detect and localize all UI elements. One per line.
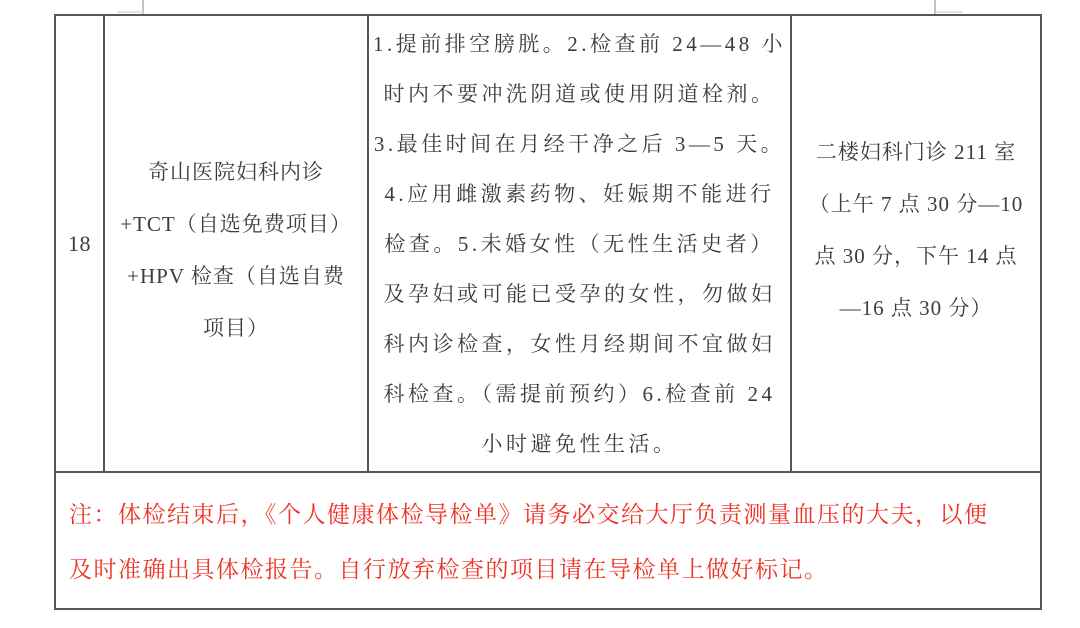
- instruction-line: 4.应用雌激素药物、妊娠期不能进行: [384, 169, 774, 219]
- exam-instructions-cell: 1.提前排空膀胱。2.检查前 24—48 小 时内不要冲洗阴道或使用阴道栓剂。 …: [369, 16, 792, 471]
- exam-item-line: 奇山医院妇科内诊: [148, 146, 324, 198]
- row-number: 18: [68, 231, 91, 257]
- exam-item-line: +HPV 检查（自选自费: [127, 250, 345, 302]
- instruction-line: 1.提前排空膀胱。2.检查前 24—48 小: [373, 19, 786, 69]
- instruction-line: 3.最佳时间在月经干净之后 3—5 天。: [374, 119, 785, 169]
- footnote-line: 注：体检结束后，《个人健康体检导检单》请务必交给大厅负责测量血压的大夫，以便: [69, 487, 1030, 542]
- location-line: 点 30 分，下午 14 点: [815, 230, 1018, 282]
- instruction-line: 小时避免性生活。: [482, 419, 678, 469]
- exam-item-cell: 奇山医院妇科内诊 +TCT（自选免费项目） +HPV 检查（自选自费 项目）: [105, 16, 369, 471]
- document-page: 18 奇山医院妇科内诊 +TCT（自选免费项目） +HPV 检查（自选自费 项目…: [0, 0, 1080, 628]
- instruction-line: 科内诊检查，女性月经期间不宜做妇: [384, 319, 776, 369]
- location-line: —16 点 30 分）: [840, 282, 993, 334]
- footnote-line: 及时准确出具体检报告。自行放弃检查的项目请在导检单上做好标记。: [69, 542, 1030, 597]
- row-number-cell: 18: [56, 16, 105, 471]
- instruction-line: 及孕妇或可能已受孕的女性，勿做妇: [384, 269, 776, 319]
- location-line: 二楼妇科门诊 211 室: [816, 126, 1016, 178]
- previous-row-border-fragment-left: [117, 11, 143, 13]
- location-line: （上午 7 点 30 分—10: [809, 178, 1024, 230]
- footnote-box: 注：体检结束后，《个人健康体检导检单》请务必交给大厅负责测量血压的大夫，以便 及…: [54, 471, 1042, 610]
- previous-row-border-fragment-right: [936, 11, 963, 13]
- instruction-line: 时内不要冲洗阴道或使用阴道栓剂。: [384, 69, 776, 119]
- exam-table-row: 18 奇山医院妇科内诊 +TCT（自选免费项目） +HPV 检查（自选自费 项目…: [54, 14, 1042, 473]
- exam-location-cell: 二楼妇科门诊 211 室 （上午 7 点 30 分—10 点 30 分，下午 1…: [792, 16, 1040, 471]
- instruction-line: 检查。5.未婚女性（无性生活史者）: [384, 219, 774, 269]
- instruction-line: 科检查。（需提前预约）6.检查前 24: [384, 369, 776, 419]
- exam-item-line: +TCT（自选免费项目）: [120, 198, 352, 250]
- exam-item-line: 项目）: [203, 302, 269, 354]
